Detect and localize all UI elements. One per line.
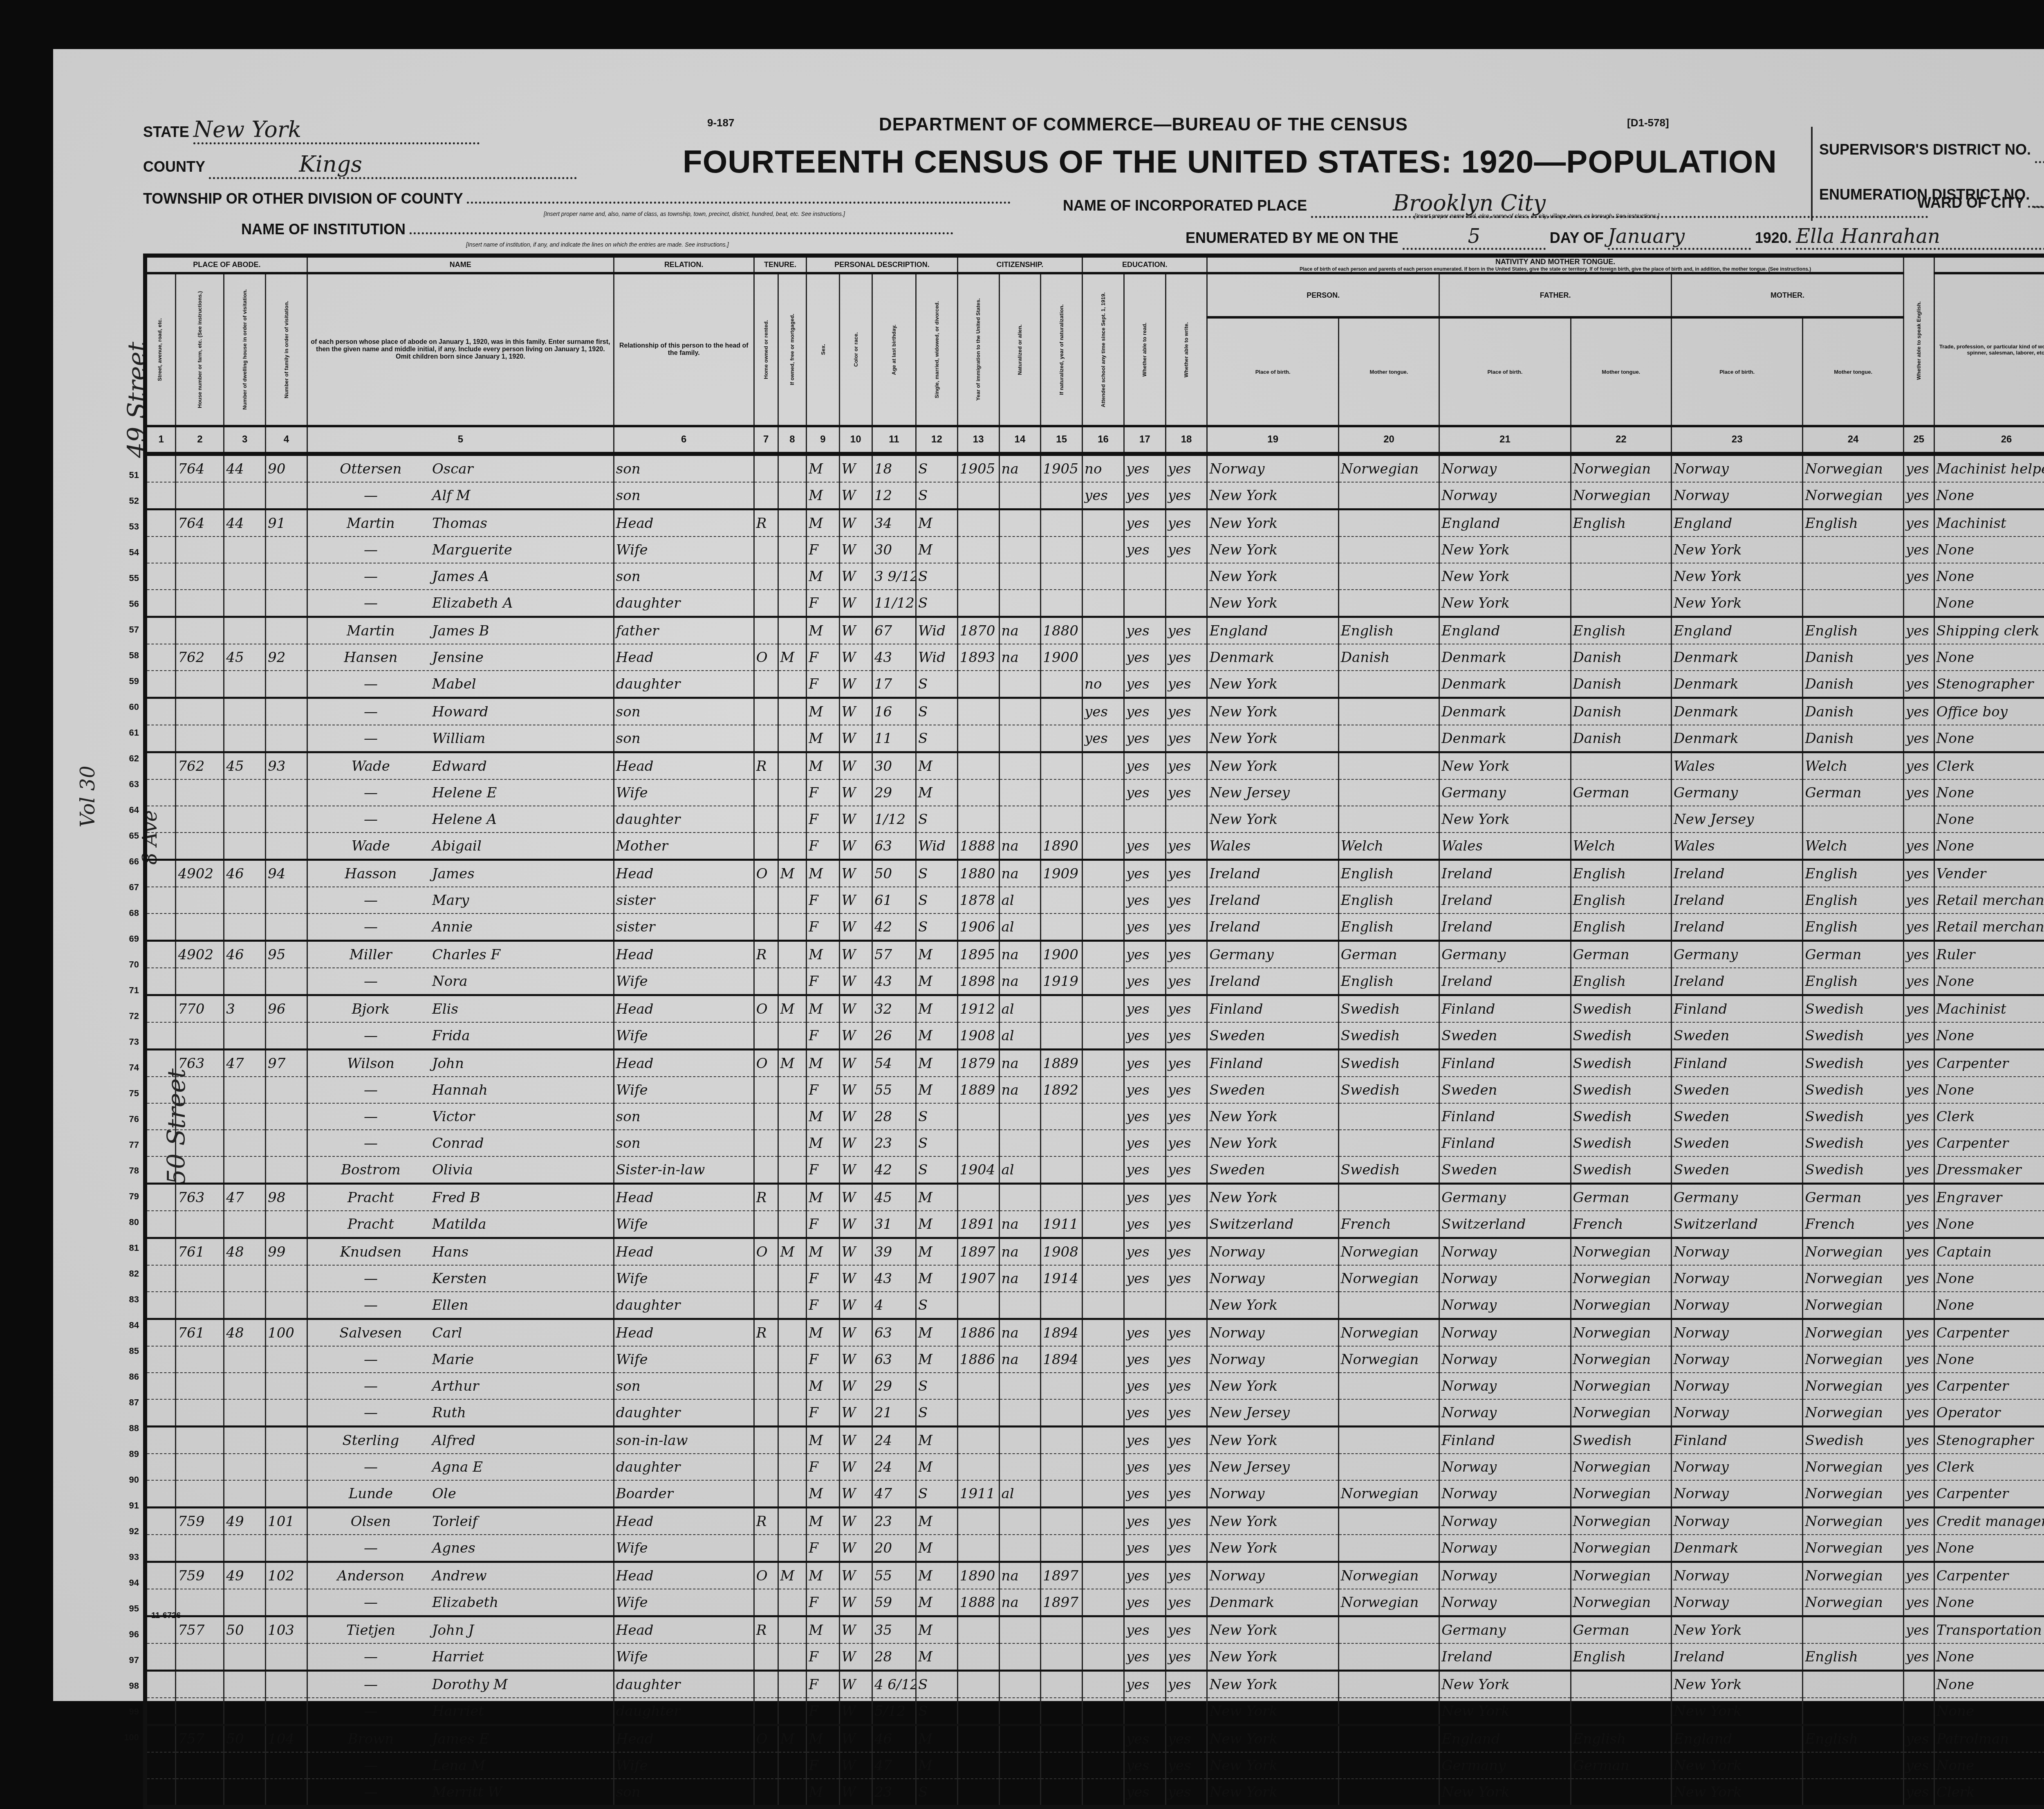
mortgage-cell bbox=[778, 509, 807, 537]
read-cell: yes bbox=[1124, 1103, 1165, 1130]
relation-cell: daughter bbox=[614, 806, 754, 833]
house-number-cell: 763 bbox=[176, 1050, 224, 1077]
read-cell: yes bbox=[1124, 454, 1165, 482]
sex-cell: M bbox=[807, 1373, 839, 1399]
speak-english-cell bbox=[1903, 590, 1934, 617]
dwelling-number-cell: 50 bbox=[224, 1616, 266, 1644]
marital-cell: M bbox=[916, 995, 958, 1023]
age-cell: 45 bbox=[872, 1184, 916, 1211]
age-cell: 30 bbox=[872, 752, 916, 780]
relation-cell: Wife bbox=[614, 1643, 754, 1671]
home-owned-cell bbox=[754, 779, 778, 806]
house-number-cell: 770 bbox=[176, 995, 224, 1023]
school-cell bbox=[1083, 1589, 1124, 1616]
birthplace-cell: Ireland bbox=[1207, 913, 1338, 941]
surname: — bbox=[309, 1378, 432, 1394]
race-cell: W bbox=[839, 1616, 872, 1644]
race-cell: W bbox=[839, 454, 872, 482]
house-number-cell: 764 bbox=[176, 509, 224, 537]
family-number-cell bbox=[266, 968, 307, 995]
footer-code: 11-6726 bbox=[151, 1611, 181, 1620]
column-number: 12 bbox=[916, 426, 958, 454]
mother-mother-tongue-cell: Norwegian bbox=[1803, 1508, 1903, 1535]
house-number-cell: 761 bbox=[176, 1238, 224, 1266]
census-table: PLACE OF ABODE. NAME RELATION. TENURE. P… bbox=[143, 254, 2044, 1711]
mother-mother-tongue-cell: French bbox=[1803, 1211, 1903, 1238]
family-number-cell bbox=[266, 1399, 307, 1427]
relation-cell: daughter bbox=[614, 1671, 754, 1698]
home-owned-cell bbox=[754, 1265, 778, 1292]
family-number-cell bbox=[266, 1535, 307, 1562]
birthplace-cell: New York bbox=[1207, 1427, 1338, 1454]
school-cell bbox=[1083, 536, 1124, 563]
mortgage-cell: M bbox=[778, 860, 807, 887]
school-cell bbox=[1083, 1562, 1124, 1589]
mother-tongue-cell: English bbox=[1338, 887, 1439, 913]
school-cell bbox=[1083, 590, 1124, 617]
father-tongue-cell: Swedish bbox=[1571, 1427, 1671, 1454]
naturalized-cell: na bbox=[999, 644, 1041, 671]
table-row: 7634797WilsonJohnHeadOMMW54M1879na1889ye… bbox=[145, 1050, 2044, 1077]
write-cell: yes bbox=[1165, 779, 1207, 806]
father-birthplace-cell: Sweden bbox=[1439, 1077, 1571, 1103]
mother-mother-tongue-cell: Norwegian bbox=[1803, 1238, 1903, 1266]
mother-tongue-cell bbox=[1338, 563, 1439, 590]
relation-cell: Mother bbox=[614, 833, 754, 860]
write-cell: yes bbox=[1165, 1373, 1207, 1399]
street-cell bbox=[145, 995, 176, 1023]
naturalized-cell bbox=[999, 752, 1041, 780]
dwelling-number-cell: 46 bbox=[224, 860, 266, 887]
institution-label: NAME OF INSTITUTION bbox=[241, 221, 406, 238]
street-cell bbox=[145, 617, 176, 644]
surname: Pracht bbox=[309, 1190, 432, 1206]
mother-tongue-cell bbox=[1338, 1454, 1439, 1480]
mother-mother-tongue-cell: Norwegian bbox=[1803, 1265, 1903, 1292]
naturalized-cell: na bbox=[999, 1265, 1041, 1292]
name-cell: BostromOlivia bbox=[307, 1156, 614, 1184]
table-row: 7624592HansenJensineHeadOMFW43Wid1893na1… bbox=[145, 644, 2044, 671]
surname: Salvesen bbox=[309, 1325, 432, 1341]
father-tongue-cell: Danish bbox=[1571, 671, 1671, 698]
home-owned-cell: R bbox=[754, 1616, 778, 1644]
naturalization-year-cell bbox=[1041, 1698, 1083, 1711]
col-school: Attended school any time since Sept. 1, … bbox=[1083, 273, 1124, 426]
street-cell bbox=[145, 1050, 176, 1077]
relation-cell: Head bbox=[614, 509, 754, 537]
table-row: LundeOleBoarderMW47S1911alyesyesNorwayNo… bbox=[145, 1480, 2044, 1508]
mortgage-cell bbox=[778, 671, 807, 698]
trade-cell: Retail merchant bbox=[1934, 887, 2044, 913]
given-name: John J bbox=[432, 1622, 474, 1638]
read-cell: yes bbox=[1124, 887, 1165, 913]
mother-mother-tongue-cell: Norwegian bbox=[1803, 1589, 1903, 1616]
read-cell: yes bbox=[1124, 941, 1165, 968]
line-number: 91 bbox=[102, 1493, 139, 1518]
given-name: Howard bbox=[432, 704, 489, 720]
naturalization-year-cell bbox=[1041, 671, 1083, 698]
school-cell bbox=[1083, 887, 1124, 913]
marital-cell: M bbox=[916, 509, 958, 537]
naturalization-year-cell bbox=[1041, 1292, 1083, 1319]
census-rows: 7644490OttersenOscarsonMW18S1905na1905no… bbox=[145, 454, 2044, 1711]
mother-mother-tongue-cell: Norwegian bbox=[1803, 1373, 1903, 1399]
birthplace-cell: New York bbox=[1207, 1184, 1338, 1211]
street-cell bbox=[145, 1265, 176, 1292]
immigration-year-cell: 1911 bbox=[957, 1480, 999, 1508]
father-birthplace-cell: Denmark bbox=[1439, 725, 1571, 752]
line-number: 82 bbox=[102, 1261, 139, 1286]
naturalized-cell bbox=[999, 482, 1041, 509]
marital-cell: S bbox=[916, 454, 958, 482]
naturalized-cell: na bbox=[999, 833, 1041, 860]
naturalized-cell: na bbox=[999, 617, 1041, 644]
trade-cell: None bbox=[1934, 1077, 2044, 1103]
mother-mother-tongue-cell: Swedish bbox=[1803, 1103, 1903, 1130]
table-row: PrachtMatildaWifeFW31M1891na1911yesyesSw… bbox=[145, 1211, 2044, 1238]
write-cell: yes bbox=[1165, 725, 1207, 752]
year-label: 1920. bbox=[1755, 229, 1792, 246]
immigration-year-cell bbox=[957, 806, 999, 833]
speak-english-cell: yes bbox=[1903, 1184, 1934, 1211]
marital-cell: S bbox=[916, 806, 958, 833]
street-cell bbox=[145, 1373, 176, 1399]
mother-tongue-cell: Norwegian bbox=[1338, 1346, 1439, 1373]
mother-tongue-cell: Norwegian bbox=[1338, 1319, 1439, 1347]
naturalization-year-cell: 1911 bbox=[1041, 1211, 1083, 1238]
table-row: —RuthdaughterFW21SyesyesNew JerseyNorway… bbox=[145, 1399, 2044, 1427]
read-cell: yes bbox=[1124, 1319, 1165, 1347]
mother-tongue-cell: Norwegian bbox=[1338, 1562, 1439, 1589]
given-name: Olivia bbox=[432, 1162, 473, 1178]
col-person-birthplace: Place of birth. bbox=[1207, 317, 1338, 426]
street-cell bbox=[145, 1022, 176, 1050]
race-cell: W bbox=[839, 671, 872, 698]
trade-cell: Carpenter bbox=[1934, 1050, 2044, 1077]
sex-cell: M bbox=[807, 1427, 839, 1454]
surname: — bbox=[309, 1649, 432, 1665]
name-cell: —Mabel bbox=[307, 671, 614, 698]
immigration-year-cell: 1908 bbox=[957, 1022, 999, 1050]
home-owned-cell bbox=[754, 968, 778, 995]
column-number: 16 bbox=[1083, 426, 1124, 454]
mother-mother-tongue-cell: Danish bbox=[1803, 671, 1903, 698]
mother-tongue-cell: Swedish bbox=[1338, 1077, 1439, 1103]
school-cell bbox=[1083, 1373, 1124, 1399]
dwelling-number-cell: 48 bbox=[224, 1319, 266, 1347]
mother-birthplace-cell: Ireland bbox=[1672, 913, 1803, 941]
line-number: 98 bbox=[102, 1673, 139, 1699]
surname: Ottersen bbox=[309, 461, 432, 477]
write-cell bbox=[1165, 563, 1207, 590]
write-cell: yes bbox=[1165, 536, 1207, 563]
street-cell bbox=[145, 536, 176, 563]
write-cell: yes bbox=[1165, 860, 1207, 887]
school-cell bbox=[1083, 1454, 1124, 1480]
name-cell: —Elizabeth bbox=[307, 1589, 614, 1616]
family-number-cell bbox=[266, 1373, 307, 1399]
street-cell bbox=[145, 1184, 176, 1211]
father-tongue-cell: Swedish bbox=[1571, 995, 1671, 1023]
immigration-year-cell bbox=[957, 1698, 999, 1711]
write-cell: yes bbox=[1165, 1454, 1207, 1480]
age-cell: 63 bbox=[872, 1346, 916, 1373]
speak-english-cell: yes bbox=[1903, 1562, 1934, 1589]
dwelling-number-cell: 49 bbox=[224, 1508, 266, 1535]
column-number: 1 bbox=[145, 426, 176, 454]
father-tongue-cell: Welch bbox=[1571, 833, 1671, 860]
trade-cell: None bbox=[1934, 968, 2044, 995]
read-cell: yes bbox=[1124, 1480, 1165, 1508]
sex-cell: F bbox=[807, 1589, 839, 1616]
trade-cell: None bbox=[1934, 536, 2044, 563]
race-cell: W bbox=[839, 725, 872, 752]
street-cell bbox=[145, 454, 176, 482]
write-cell: yes bbox=[1165, 1616, 1207, 1644]
age-cell: 42 bbox=[872, 913, 916, 941]
race-cell: W bbox=[839, 1399, 872, 1427]
school-cell bbox=[1083, 995, 1124, 1023]
naturalization-year-cell bbox=[1041, 563, 1083, 590]
naturalized-cell: al bbox=[999, 887, 1041, 913]
home-owned-cell bbox=[754, 1643, 778, 1671]
mother-mother-tongue-cell: Danish bbox=[1803, 698, 1903, 725]
race-cell: W bbox=[839, 1319, 872, 1347]
write-cell: yes bbox=[1165, 1103, 1207, 1130]
surname: Hasson bbox=[309, 866, 432, 882]
home-owned-cell bbox=[754, 887, 778, 913]
relation-cell: Head bbox=[614, 752, 754, 780]
speak-english-cell: yes bbox=[1903, 968, 1934, 995]
family-number-cell bbox=[266, 887, 307, 913]
marital-cell: S bbox=[916, 563, 958, 590]
relation-cell: son bbox=[614, 563, 754, 590]
mother-birthplace-cell: Denmark bbox=[1672, 644, 1803, 671]
school-cell bbox=[1083, 1480, 1124, 1508]
line-number: 75 bbox=[102, 1080, 139, 1106]
read-cell: yes bbox=[1124, 1671, 1165, 1698]
given-name: Elizabeth bbox=[432, 1594, 498, 1611]
family-number-cell bbox=[266, 617, 307, 644]
father-tongue-cell: Norwegian bbox=[1571, 1589, 1671, 1616]
county-value: Kings bbox=[209, 151, 577, 179]
age-cell: 23 bbox=[872, 1508, 916, 1535]
col-speak-english: Whether able to speak English. bbox=[1903, 256, 1934, 426]
read-cell bbox=[1124, 1292, 1165, 1319]
mother-birthplace-cell: Norway bbox=[1672, 1508, 1803, 1535]
given-name: Agna E bbox=[432, 1459, 483, 1475]
given-name: Marie bbox=[432, 1351, 474, 1368]
family-number-cell bbox=[266, 779, 307, 806]
name-cell: HassonJames bbox=[307, 860, 614, 887]
read-cell: yes bbox=[1124, 1643, 1165, 1671]
surname: — bbox=[309, 487, 432, 504]
naturalization-year-cell bbox=[1041, 1156, 1083, 1184]
home-owned-cell: O bbox=[754, 1238, 778, 1266]
mortgage-cell: M bbox=[778, 1562, 807, 1589]
name-cell: PrachtFred B bbox=[307, 1184, 614, 1211]
family-number-cell: 90 bbox=[266, 454, 307, 482]
naturalized-cell: al bbox=[999, 913, 1041, 941]
naturalization-year-cell: 1889 bbox=[1041, 1050, 1083, 1077]
school-cell bbox=[1083, 563, 1124, 590]
sex-cell: F bbox=[807, 968, 839, 995]
father-birthplace-cell: Finland bbox=[1439, 1103, 1571, 1130]
mother-birthplace-cell: Ireland bbox=[1672, 968, 1803, 995]
mortgage-cell bbox=[778, 968, 807, 995]
speak-english-cell: yes bbox=[1903, 1265, 1934, 1292]
street-cell bbox=[145, 1454, 176, 1480]
mother-mother-tongue-cell: Norwegian bbox=[1803, 454, 1903, 482]
race-cell: W bbox=[839, 590, 872, 617]
read-cell: yes bbox=[1124, 913, 1165, 941]
table-row: —VictorsonMW28SyesyesNew YorkFinlandSwed… bbox=[145, 1103, 2044, 1130]
school-cell: yes bbox=[1083, 482, 1124, 509]
house-number-cell bbox=[176, 1643, 224, 1671]
line-number: 73 bbox=[102, 1029, 139, 1055]
marital-cell: S bbox=[916, 1103, 958, 1130]
mortgage-cell bbox=[778, 806, 807, 833]
street-cell bbox=[145, 1346, 176, 1373]
naturalized-cell: na bbox=[999, 1211, 1041, 1238]
age-cell: 24 bbox=[872, 1427, 916, 1454]
township-value bbox=[467, 202, 1011, 204]
trade-cell: Transportation Manager bbox=[1934, 1616, 2044, 1644]
naturalized-cell bbox=[999, 563, 1041, 590]
naturalization-year-cell bbox=[1041, 1373, 1083, 1399]
trade-cell: Carpenter bbox=[1934, 1373, 2044, 1399]
school-cell bbox=[1083, 968, 1124, 995]
house-number-cell bbox=[176, 1346, 224, 1373]
mortgage-cell bbox=[778, 833, 807, 860]
given-name: Jensine bbox=[432, 649, 484, 666]
mother-mother-tongue-cell: German bbox=[1803, 779, 1903, 806]
given-name: Victor bbox=[432, 1109, 475, 1125]
naturalized-cell: na bbox=[999, 1050, 1041, 1077]
mother-tongue-cell bbox=[1338, 1399, 1439, 1427]
school-cell bbox=[1083, 1535, 1124, 1562]
immigration-year-cell bbox=[957, 779, 999, 806]
birthplace-cell: Norway bbox=[1207, 1562, 1338, 1589]
family-number-cell: 99 bbox=[266, 1238, 307, 1266]
mother-birthplace-cell: Norway bbox=[1672, 1562, 1803, 1589]
immigration-year-cell: 1879 bbox=[957, 1050, 999, 1077]
surname: — bbox=[309, 973, 432, 990]
birthplace-cell: Ireland bbox=[1207, 860, 1338, 887]
dwelling-number-cell bbox=[224, 1480, 266, 1508]
home-owned-cell bbox=[754, 536, 778, 563]
name-cell: HansenJensine bbox=[307, 644, 614, 671]
father-birthplace-cell: Norway bbox=[1439, 1238, 1571, 1266]
read-cell: yes bbox=[1124, 995, 1165, 1023]
birthplace-cell: Wales bbox=[1207, 833, 1338, 860]
father-birthplace-cell: Switzerland bbox=[1439, 1211, 1571, 1238]
dwelling-number-cell bbox=[224, 1589, 266, 1616]
age-cell: 20 bbox=[872, 1535, 916, 1562]
line-number: 84 bbox=[102, 1312, 139, 1338]
mother-tongue-cell bbox=[1338, 1292, 1439, 1319]
naturalization-year-cell: 1900 bbox=[1041, 644, 1083, 671]
father-tongue-cell: Swedish bbox=[1571, 1022, 1671, 1050]
group-person: PERSON. bbox=[1207, 273, 1439, 317]
line-number: 51 bbox=[102, 462, 139, 488]
naturalized-cell bbox=[999, 1671, 1041, 1698]
dwelling-number-cell: 46 bbox=[224, 941, 266, 968]
naturalization-year-cell bbox=[1041, 1480, 1083, 1508]
father-birthplace-cell: New York bbox=[1439, 752, 1571, 780]
home-owned-cell bbox=[754, 698, 778, 725]
surname: — bbox=[309, 1135, 432, 1151]
home-owned-cell bbox=[754, 1211, 778, 1238]
mortgage-cell bbox=[778, 1130, 807, 1156]
mortgage-cell bbox=[778, 1698, 807, 1711]
family-number-cell bbox=[266, 1671, 307, 1698]
mother-birthplace-cell: Norway bbox=[1672, 1373, 1803, 1399]
family-number-cell bbox=[266, 1292, 307, 1319]
dwelling-number-cell bbox=[224, 590, 266, 617]
read-cell: yes bbox=[1124, 968, 1165, 995]
home-owned-cell bbox=[754, 1480, 778, 1508]
read-cell: yes bbox=[1124, 1022, 1165, 1050]
house-number-cell bbox=[176, 671, 224, 698]
surname: — bbox=[309, 1028, 432, 1044]
father-tongue-cell: Norwegian bbox=[1571, 1265, 1671, 1292]
enumerated-day: 5 bbox=[1403, 225, 1546, 250]
home-owned-cell: R bbox=[754, 509, 778, 537]
school-cell: yes bbox=[1083, 698, 1124, 725]
mother-mother-tongue-cell bbox=[1803, 590, 1903, 617]
age-cell: 59 bbox=[872, 1589, 916, 1616]
name-cell: —Harriet bbox=[307, 1698, 614, 1711]
sex-cell: M bbox=[807, 995, 839, 1023]
mother-tongue-cell bbox=[1338, 671, 1439, 698]
relation-cell: daughter bbox=[614, 671, 754, 698]
speak-english-cell: yes bbox=[1903, 833, 1934, 860]
marital-cell: M bbox=[916, 941, 958, 968]
trade-cell: Machinist bbox=[1934, 509, 2044, 537]
mother-mother-tongue-cell: Swedish bbox=[1803, 1050, 1903, 1077]
col-naturalization-year: If naturalized, year of naturalization. bbox=[1041, 273, 1083, 426]
surname: Lunde bbox=[309, 1486, 432, 1502]
write-cell: yes bbox=[1165, 887, 1207, 913]
naturalization-year-cell bbox=[1041, 482, 1083, 509]
school-cell bbox=[1083, 752, 1124, 780]
immigration-year-cell: 1888 bbox=[957, 833, 999, 860]
age-cell: 24 bbox=[872, 1454, 916, 1480]
home-owned-cell bbox=[754, 1346, 778, 1373]
immigration-year-cell: 1880 bbox=[957, 860, 999, 887]
house-number-cell bbox=[176, 1535, 224, 1562]
house-number-cell bbox=[176, 1698, 224, 1711]
sex-cell: M bbox=[807, 941, 839, 968]
write-cell: yes bbox=[1165, 913, 1207, 941]
age-cell: 17 bbox=[872, 671, 916, 698]
sex-cell: F bbox=[807, 1454, 839, 1480]
write-cell: yes bbox=[1165, 1156, 1207, 1184]
age-cell: 18 bbox=[872, 454, 916, 482]
mother-birthplace-cell: Sweden bbox=[1672, 1077, 1803, 1103]
line-number: 70 bbox=[102, 952, 139, 977]
family-number-cell bbox=[266, 482, 307, 509]
relation-cell: son bbox=[614, 698, 754, 725]
read-cell: yes bbox=[1124, 1211, 1165, 1238]
marital-cell: S bbox=[916, 671, 958, 698]
naturalization-year-cell bbox=[1041, 590, 1083, 617]
marital-cell: M bbox=[916, 1022, 958, 1050]
write-cell: yes bbox=[1165, 1535, 1207, 1562]
speak-english-cell: yes bbox=[1903, 779, 1934, 806]
trade-cell: Dressmaker bbox=[1934, 1156, 2044, 1184]
